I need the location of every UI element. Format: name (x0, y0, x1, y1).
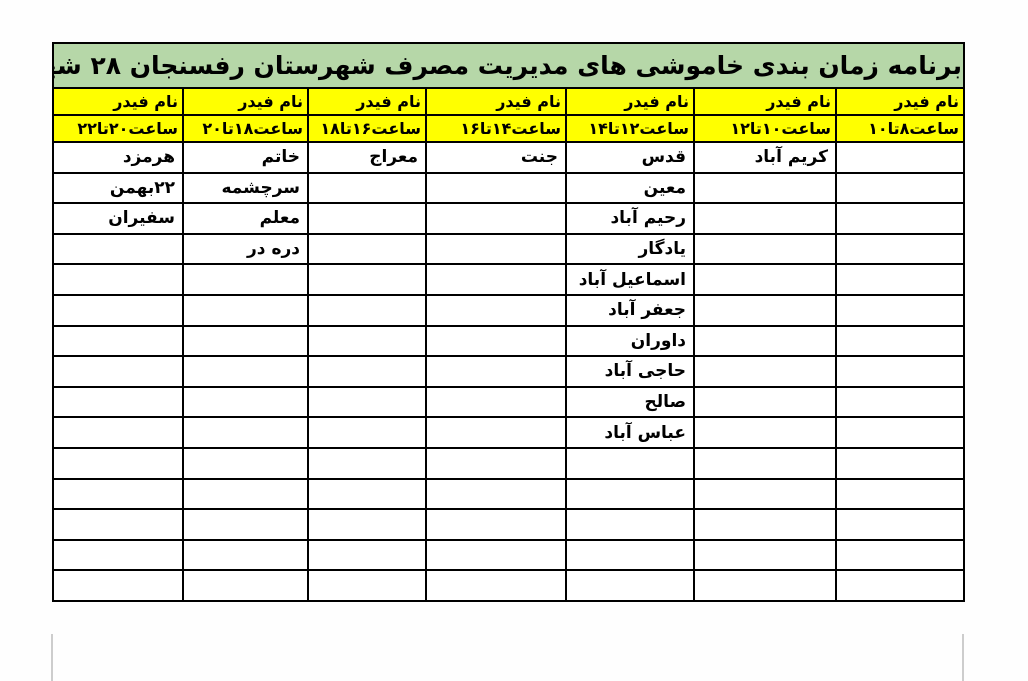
schedule-cell (426, 234, 566, 265)
schedule-body: کریم آبادقدسجنتمعراجخاتمهرمزدمعینسرچشمه۲… (53, 142, 964, 601)
schedule-row: عباس آباد (53, 417, 964, 448)
schedule-cell (308, 295, 426, 326)
schedule-cell (836, 173, 964, 204)
gridline-extension-left (51, 634, 53, 681)
schedule-cell (308, 479, 426, 510)
schedule-cell: داوران (566, 326, 694, 357)
schedule-cell (308, 234, 426, 265)
schedule-cell (836, 234, 964, 265)
schedule-cell (694, 234, 836, 265)
hour-header-cell: ساعت۱۶تا۱۸ (308, 115, 426, 142)
schedule-cell (53, 509, 183, 540)
schedule-cell (426, 448, 566, 479)
schedule-cell: دره در (183, 234, 308, 265)
schedule-cell (694, 387, 836, 418)
feeder-header-cell: نام فیدر (183, 88, 308, 115)
schedule-cell (53, 570, 183, 601)
schedule-row: رحیم آبادمعلمسفیران (53, 203, 964, 234)
schedule-cell (836, 356, 964, 387)
schedule-cell (566, 509, 694, 540)
schedule-cell (53, 540, 183, 571)
schedule-cell (426, 295, 566, 326)
schedule-cell (426, 509, 566, 540)
schedule-cell (426, 173, 566, 204)
schedule-cell: هرمزد (53, 142, 183, 173)
schedule-row (53, 540, 964, 571)
hour-header-cell: ساعت۸تا۱۰ (836, 115, 964, 142)
schedule-cell (566, 540, 694, 571)
schedule-row (53, 479, 964, 510)
schedule-cell (308, 173, 426, 204)
schedule-cell (183, 479, 308, 510)
schedule-cell (426, 387, 566, 418)
schedule-cell (694, 326, 836, 357)
schedule-cell (308, 356, 426, 387)
schedule-cell (308, 448, 426, 479)
schedule-cell (836, 326, 964, 357)
schedule-cell (183, 448, 308, 479)
hour-header-cell: ساعت۱۲تا۱۴ (566, 115, 694, 142)
schedule-cell (183, 356, 308, 387)
schedule-row: معینسرچشمه۲۲بهمن (53, 173, 964, 204)
schedule-cell (694, 509, 836, 540)
schedule-row (53, 570, 964, 601)
schedule-cell (694, 203, 836, 234)
schedule-cell (183, 417, 308, 448)
schedule-cell (426, 540, 566, 571)
schedule-cell: یادگار (566, 234, 694, 265)
schedule-cell: جنت (426, 142, 566, 173)
schedule-cell (426, 570, 566, 601)
schedule-cell: حاجی آباد (566, 356, 694, 387)
schedule-cell (836, 295, 964, 326)
feeder-header-cell: نام فیدر (53, 88, 183, 115)
schedule-cell (53, 234, 183, 265)
title-row: برنامه زمان بندی خاموشی های مدیریت مصرف … (53, 43, 964, 88)
schedule-cell: خاتم (183, 142, 308, 173)
schedule-cell (308, 203, 426, 234)
schedule-cell (694, 417, 836, 448)
schedule-cell (566, 479, 694, 510)
schedule-row (53, 448, 964, 479)
schedule-cell (836, 264, 964, 295)
schedule-cell (694, 173, 836, 204)
schedule-cell: قدس (566, 142, 694, 173)
schedule-cell (183, 387, 308, 418)
gridline-extension-right (962, 634, 964, 681)
schedule-cell (308, 540, 426, 571)
schedule-cell (836, 142, 964, 173)
schedule-cell (308, 326, 426, 357)
schedule-cell (694, 540, 836, 571)
schedule-cell (183, 295, 308, 326)
schedule-cell: جعفر آباد (566, 295, 694, 326)
schedule-cell: معلم (183, 203, 308, 234)
table-title: برنامه زمان بندی خاموشی های مدیریت مصرف … (53, 43, 964, 88)
outage-schedule-table: برنامه زمان بندی خاموشی های مدیریت مصرف … (52, 42, 965, 602)
schedule-cell (183, 509, 308, 540)
schedule-cell (183, 264, 308, 295)
schedule-cell (694, 295, 836, 326)
feeder-header-cell: نام فیدر (836, 88, 964, 115)
feeder-header-cell: نام فیدر (308, 88, 426, 115)
schedule-cell: سفیران (53, 203, 183, 234)
schedule-cell (53, 479, 183, 510)
schedule-row: داوران (53, 326, 964, 357)
schedule-row: کریم آبادقدسجنتمعراجخاتمهرمزد (53, 142, 964, 173)
schedule-row: جعفر آباد (53, 295, 964, 326)
schedule-cell (836, 570, 964, 601)
schedule-cell (426, 356, 566, 387)
schedule-cell: سرچشمه (183, 173, 308, 204)
schedule-row (53, 509, 964, 540)
schedule-cell (308, 387, 426, 418)
schedule-cell (53, 264, 183, 295)
schedule-cell (836, 203, 964, 234)
schedule-cell (836, 479, 964, 510)
schedule-cell: رحیم آباد (566, 203, 694, 234)
schedule-cell: عباس آباد (566, 417, 694, 448)
schedule-cell (426, 479, 566, 510)
schedule-cell (53, 295, 183, 326)
schedule-cell (694, 356, 836, 387)
schedule-cell (694, 264, 836, 295)
schedule-cell (183, 326, 308, 357)
schedule-cell (53, 448, 183, 479)
schedule-row: صالح (53, 387, 964, 418)
feeder-header-cell: نام فیدر (426, 88, 566, 115)
spreadsheet-page: برنامه زمان بندی خاموشی های مدیریت مصرف … (0, 0, 1028, 681)
schedule-cell (308, 509, 426, 540)
schedule-cell (53, 326, 183, 357)
schedule-cell (426, 326, 566, 357)
hour-header-cell: ساعت۱۰تا۱۲ (694, 115, 836, 142)
schedule-cell (53, 356, 183, 387)
schedule-cell (694, 448, 836, 479)
schedule-cell (53, 387, 183, 418)
hour-header-cell: ساعت۱۸تا۲۰ (183, 115, 308, 142)
schedule-cell: کریم آباد (694, 142, 836, 173)
schedule-cell (836, 448, 964, 479)
schedule-row: اسماعیل آباد (53, 264, 964, 295)
schedule-cell (566, 448, 694, 479)
schedule-cell: صالح (566, 387, 694, 418)
schedule-row: یادگاردره در (53, 234, 964, 265)
schedule-cell (308, 417, 426, 448)
schedule-cell (426, 203, 566, 234)
feeder-header-cell: نام فیدر (694, 88, 836, 115)
schedule-cell (426, 417, 566, 448)
schedule-cell (566, 570, 694, 601)
schedule-cell (694, 570, 836, 601)
schedule-cell: معراج (308, 142, 426, 173)
schedule-cell (836, 540, 964, 571)
schedule-cell: اسماعیل آباد (566, 264, 694, 295)
feeder-header-row: نام فیدرنام فیدرنام فیدرنام فیدرنام فیدر… (53, 88, 964, 115)
feeder-header-cell: نام فیدر (566, 88, 694, 115)
schedule-cell: ۲۲بهمن (53, 173, 183, 204)
schedule-cell (183, 570, 308, 601)
schedule-cell (836, 417, 964, 448)
schedule-cell (183, 540, 308, 571)
schedule-cell (694, 479, 836, 510)
schedule-cell (836, 387, 964, 418)
schedule-row: حاجی آباد (53, 356, 964, 387)
hour-header-cell: ساعت۱۴تا۱۶ (426, 115, 566, 142)
schedule-cell (53, 417, 183, 448)
schedule-cell (426, 264, 566, 295)
schedule-cell (836, 509, 964, 540)
schedule-cell: معین (566, 173, 694, 204)
hour-header-cell: ساعت۲۰تا۲۲ (53, 115, 183, 142)
schedule-cell (308, 570, 426, 601)
schedule-cell (308, 264, 426, 295)
hours-header-row: ساعت۸تا۱۰ساعت۱۰تا۱۲ساعت۱۲تا۱۴ساعت۱۴تا۱۶س… (53, 115, 964, 142)
